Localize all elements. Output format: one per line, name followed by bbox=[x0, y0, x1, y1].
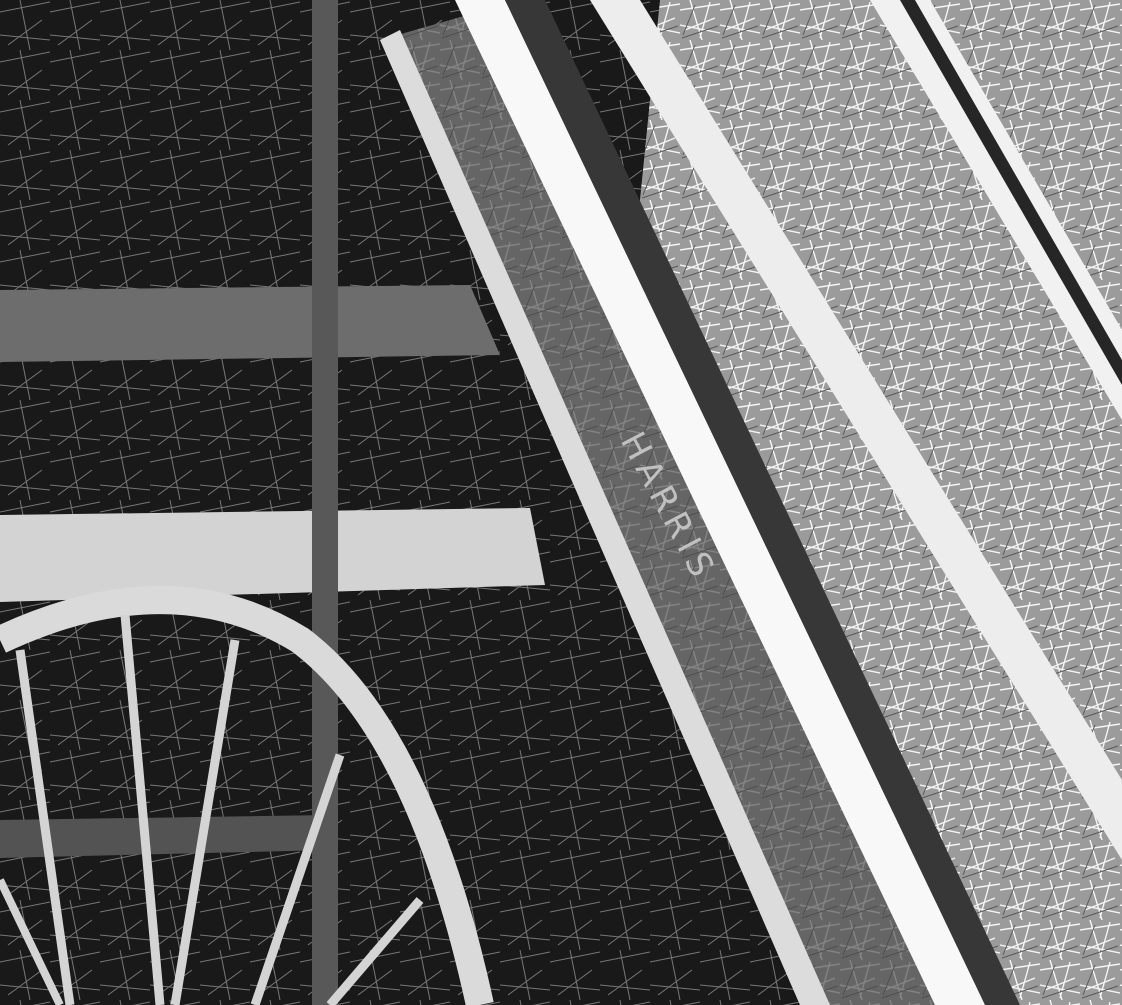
iron-rod bbox=[312, 0, 338, 1005]
photograph: HARRIS Hay loader stenciled HARRIS bbox=[0, 0, 1122, 1005]
photo-scene: HARRIS bbox=[0, 0, 1122, 1005]
wooden-board-upper bbox=[0, 285, 500, 362]
